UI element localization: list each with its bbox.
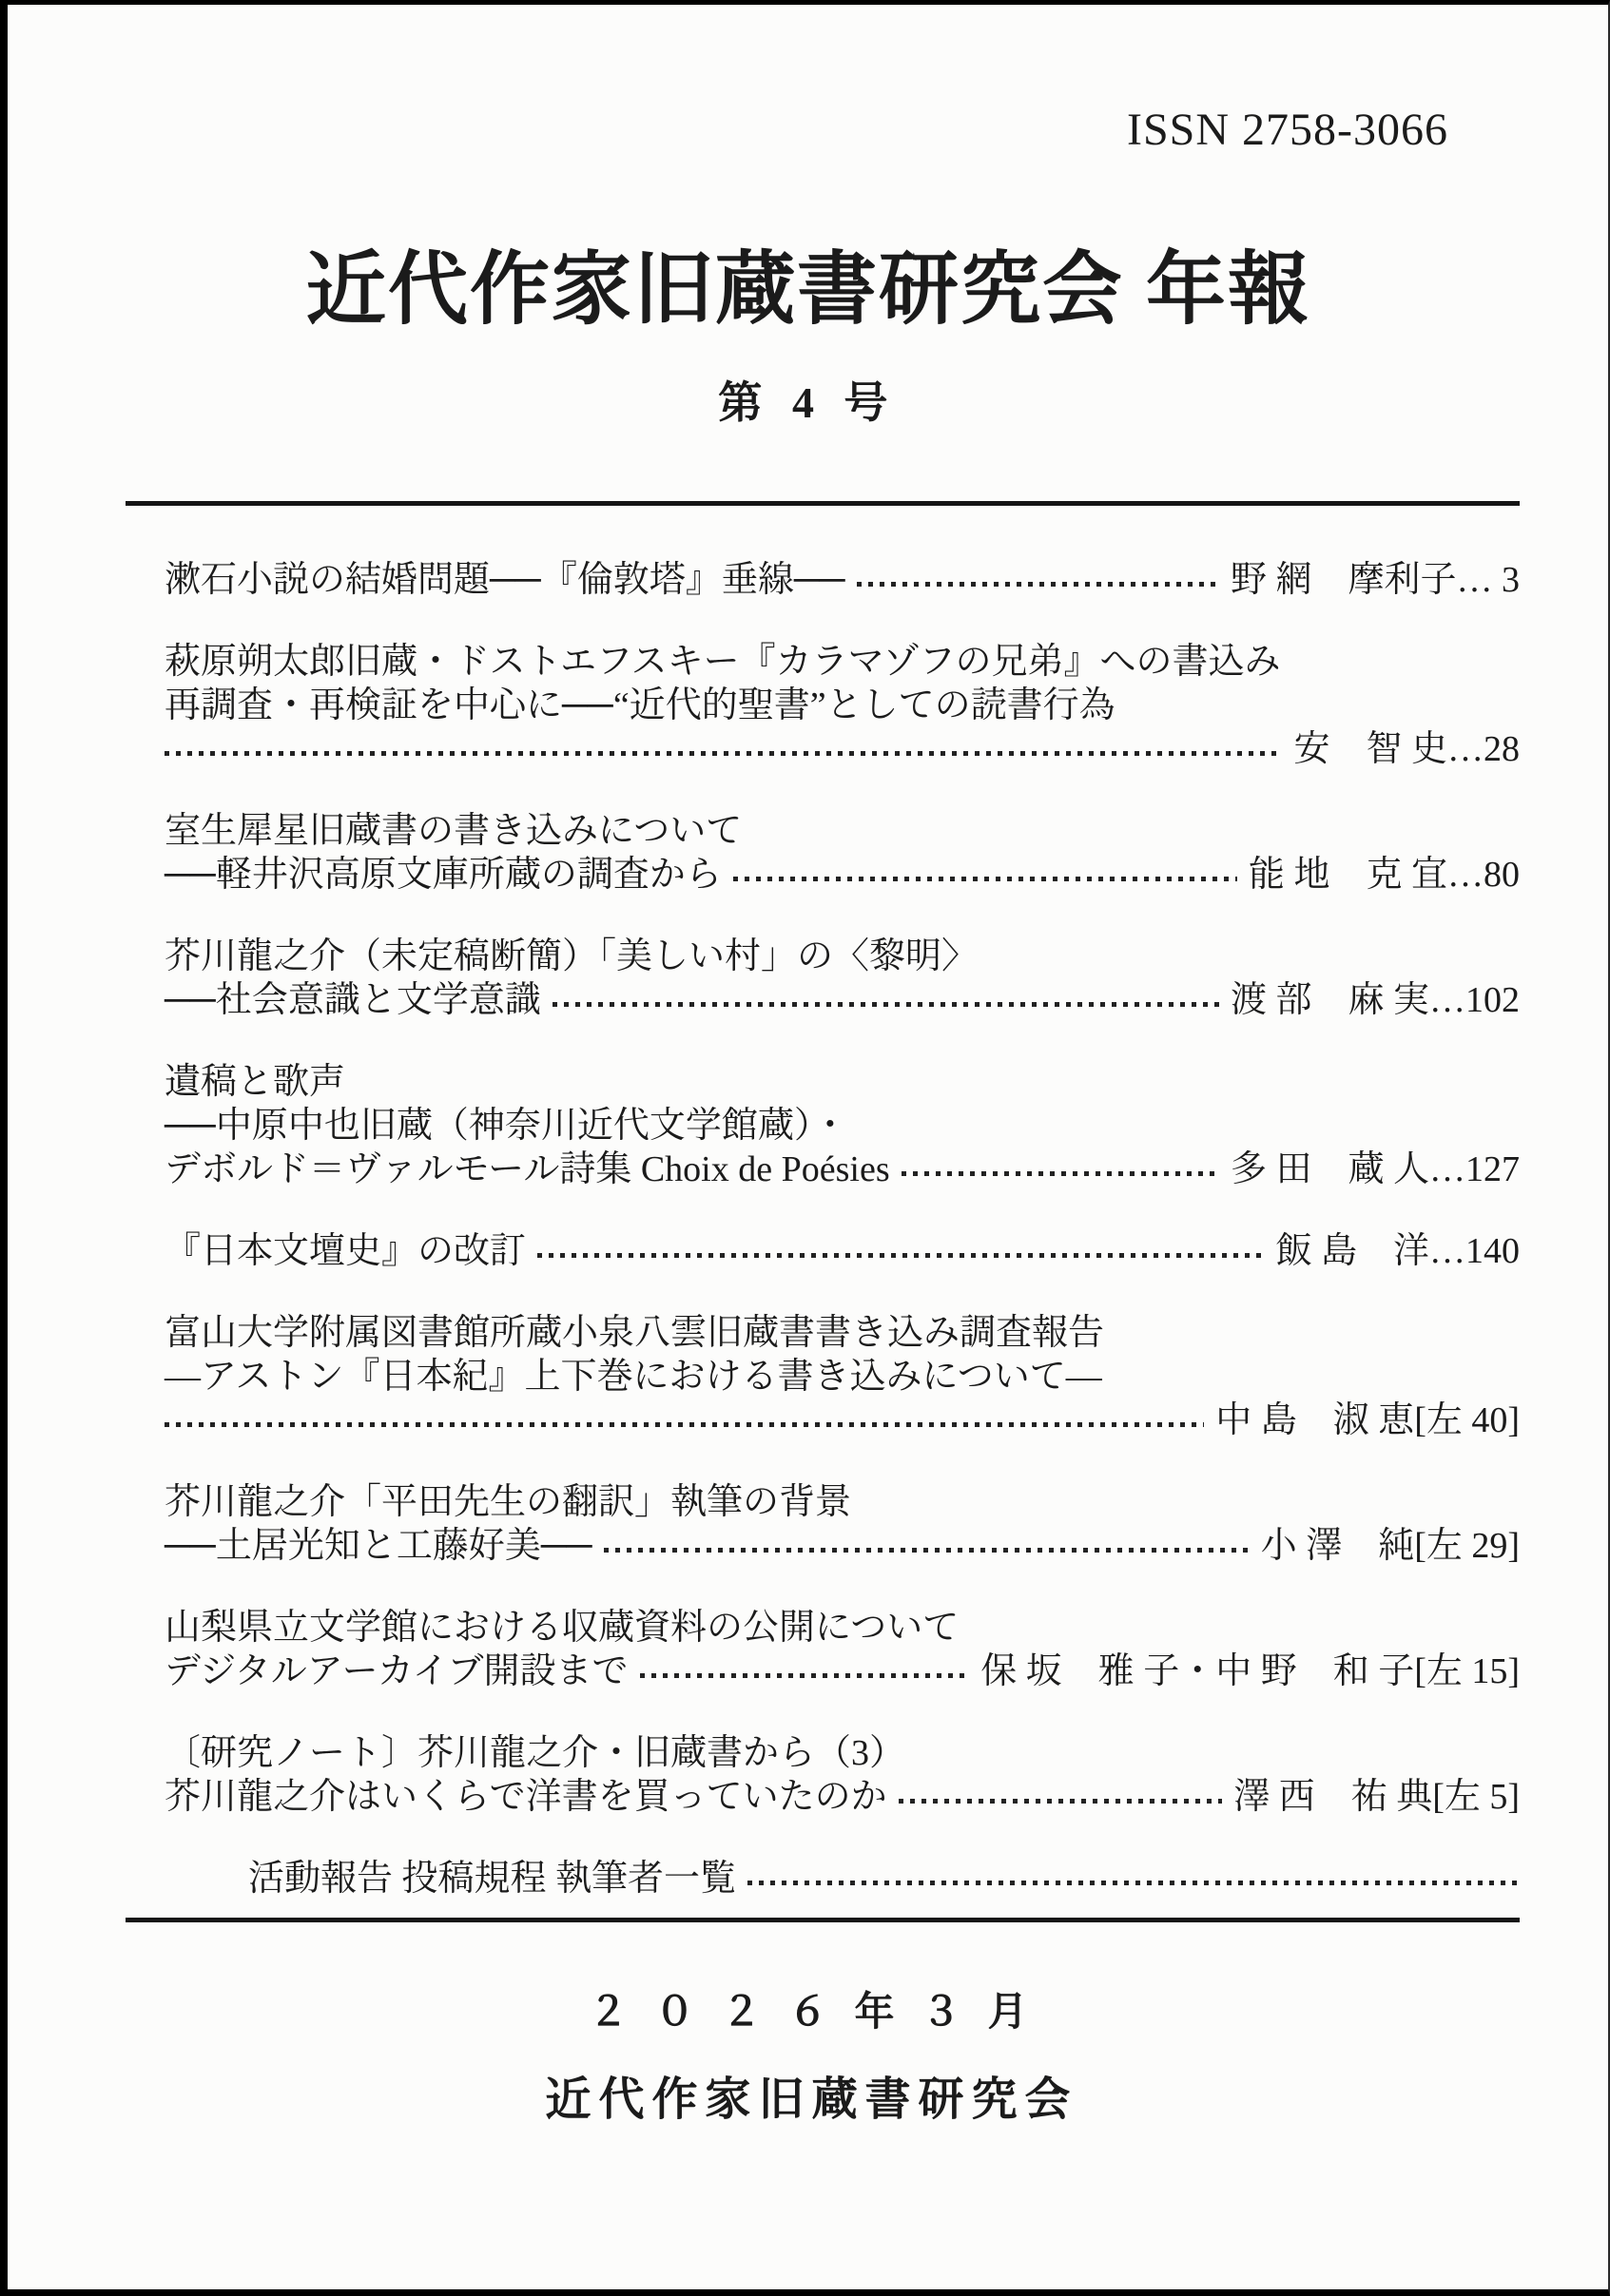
dot-leader xyxy=(604,1524,1250,1568)
backmatter-title: 活動報告 投稿規程 執筆者一覧 xyxy=(248,1857,736,1900)
toc-line: 萩原朔太郎旧蔵・ドストエフスキー『カラマゾフの兄弟』への書込み xyxy=(165,640,1520,684)
toc-entry: 山梨県立文学館における収蔵資料の公開について デジタルアーカイブ開設まで 保 坂… xyxy=(165,1606,1520,1693)
toc-line: デボルド＝ヴァルモール詩集 Choix de Poésies 多 田 蔵 人…1… xyxy=(165,1148,1520,1191)
toc-entry: 漱石小説の結婚問題──『倫敦塔』垂線── 野 網 摩利子… 3 xyxy=(165,558,1520,602)
toc-line: 再調査・再検証を中心に──“近代的聖書”としての読書行為 xyxy=(165,684,1520,727)
article-subtitle: —アストン『日本紀』上下巻における書き込みについて— xyxy=(165,1355,1102,1399)
article-subtitle: 芥川龍之介はいくらで洋書を買っていたのか xyxy=(165,1775,887,1819)
article-title: 漱石小説の結婚問題──『倫敦塔』垂線── xyxy=(165,558,845,602)
article-title: 室生犀星旧蔵書の書き込みについて xyxy=(165,809,742,853)
toc-line: 芥川龍之介（未定稿断簡）「美しい村」の〈黎明〉 xyxy=(165,935,1520,978)
article-title: 富山大学附属図書館所蔵小泉八雲旧蔵書書き込み調査報告 xyxy=(165,1311,1104,1355)
dot-leader xyxy=(640,1650,970,1693)
dot-leader xyxy=(902,1148,1219,1191)
bottom-divider xyxy=(126,1918,1520,1922)
toc-entry: 遺稿と歌声 ──中原中也旧蔵（神奈川近代文学館蔵）・ デボルド＝ヴァルモール詩集… xyxy=(165,1060,1520,1191)
article-author-page: 多 田 蔵 人…127 xyxy=(1231,1148,1520,1191)
toc-line: 室生犀星旧蔵書の書き込みについて xyxy=(165,809,1520,853)
toc-entry: 富山大学附属図書館所蔵小泉八雲旧蔵書書き込み調査報告 —アストン『日本紀』上下巻… xyxy=(165,1311,1520,1442)
dot-leader xyxy=(733,853,1237,897)
article-title: 萩原朔太郎旧蔵・ドストエフスキー『カラマゾフの兄弟』への書込み xyxy=(165,640,1280,684)
toc-line: 安 智 史…28 xyxy=(165,727,1520,771)
dot-leader xyxy=(537,1229,1264,1273)
article-title: 芥川龍之介（未定稿断簡）「美しい村」の〈黎明〉 xyxy=(165,935,978,978)
article-author-page: 野 網 摩利子… 3 xyxy=(1231,558,1520,602)
issn-number: ISSN 2758-3066 xyxy=(1127,104,1448,156)
toc-entry: 室生犀星旧蔵書の書き込みについて ──軽井沢高原文庫所蔵の調査から 能 地 克 … xyxy=(165,809,1520,897)
dot-leader xyxy=(553,978,1219,1022)
toc-line: 山梨県立文学館における収蔵資料の公開について xyxy=(165,1606,1520,1650)
article-author-page: 能 地 克 宜…80 xyxy=(1249,853,1520,897)
article-subtitle: ──土居光知と工藤好美── xyxy=(165,1524,592,1568)
article-subtitle: ──社会意識と文学意識 xyxy=(165,978,541,1022)
dot-leader xyxy=(857,558,1219,602)
article-subtitle: デボルド＝ヴァルモール詩集 Choix de Poésies xyxy=(165,1148,890,1191)
article-subtitle: ──軽井沢高原文庫所蔵の調査から xyxy=(165,853,722,897)
journal-toc-page: ISSN 2758-3066 近代作家旧蔵書研究会 年報 第 4 号 漱石小説の… xyxy=(0,0,1610,2296)
dot-leader xyxy=(899,1775,1223,1819)
article-title: 山梨県立文学館における収蔵資料の公開について xyxy=(165,1606,959,1650)
dot-leader xyxy=(165,727,1282,771)
issue-number: 第 4 号 xyxy=(8,368,1608,431)
toc-line: デジタルアーカイブ開設まで 保 坂 雅 子・中 野 和 子[左 15] xyxy=(165,1650,1520,1693)
toc-line: ──中原中也旧蔵（神奈川近代文学館蔵）・ xyxy=(165,1104,1520,1148)
toc-line: 中 島 淑 恵[左 40] xyxy=(165,1399,1520,1442)
article-author-page: 澤 西 祐 典[左 5] xyxy=(1233,1775,1520,1819)
article-author-page: 安 智 史…28 xyxy=(1293,727,1520,771)
toc-entry: 芥川龍之介（未定稿断簡）「美しい村」の〈黎明〉 ──社会意識と文学意識 渡 部 … xyxy=(165,935,1520,1022)
journal-title: 近代作家旧蔵書研究会 年報 xyxy=(8,225,1608,340)
article-author-page: 飯 島 洋…140 xyxy=(1275,1229,1520,1273)
article-author-page: 渡 部 麻 実…102 xyxy=(1231,978,1520,1022)
article-author-page: 小 澤 純[左 29] xyxy=(1261,1524,1520,1568)
article-author-page: 中 島 淑 恵[左 40] xyxy=(1215,1399,1520,1442)
toc-line: 芥川龍之介はいくらで洋書を買っていたのか 澤 西 祐 典[左 5] xyxy=(165,1775,1520,1819)
publication-date: ２０２６年３月 xyxy=(8,1980,1608,2037)
toc-entry: 『日本文壇史』の改訂 飯 島 洋…140 xyxy=(165,1229,1520,1273)
toc-line: 富山大学附属図書館所蔵小泉八雲旧蔵書書き込み調査報告 xyxy=(165,1311,1520,1355)
dot-leader xyxy=(165,1399,1204,1442)
toc-line: —アストン『日本紀』上下巻における書き込みについて— xyxy=(165,1355,1520,1399)
toc-line: 活動報告 投稿規程 執筆者一覧 xyxy=(165,1857,1520,1900)
toc-line: 〔研究ノート〕芥川龍之介・旧蔵書から（3） xyxy=(165,1731,1520,1775)
toc-line: ──社会意識と文学意識 渡 部 麻 実…102 xyxy=(165,978,1520,1022)
article-subtitle: デジタルアーカイブ開設まで xyxy=(165,1650,629,1693)
article-subtitle: ──中原中也旧蔵（神奈川近代文学館蔵）・ xyxy=(165,1104,848,1148)
article-title: 『日本文壇史』の改訂 xyxy=(165,1229,526,1273)
article-subtitle: 再調査・再検証を中心に──“近代的聖書”としての読書行為 xyxy=(165,684,1115,727)
toc-entry: 〔研究ノート〕芥川龍之介・旧蔵書から（3） 芥川龍之介はいくらで洋書を買っていた… xyxy=(165,1731,1520,1819)
article-title: 遺稿と歌声 xyxy=(165,1060,345,1104)
toc-line: 遺稿と歌声 xyxy=(165,1060,1520,1104)
toc-entry: 萩原朔太郎旧蔵・ドストエフスキー『カラマゾフの兄弟』への書込み 再調査・再検証を… xyxy=(165,640,1520,771)
toc-line: 漱石小説の結婚問題──『倫敦塔』垂線── 野 網 摩利子… 3 xyxy=(165,558,1520,602)
toc-entry: 芥川龍之介「平田先生の翻訳」執筆の背景 ──土居光知と工藤好美── 小 澤 純[… xyxy=(165,1480,1520,1568)
table-of-contents: 漱石小説の結婚問題──『倫敦塔』垂線── 野 網 摩利子… 3 萩原朔太郎旧蔵・… xyxy=(165,558,1520,1939)
toc-entry-backmatter: 活動報告 投稿規程 執筆者一覧 xyxy=(165,1857,1520,1900)
toc-line: 芥川龍之介「平田先生の翻訳」執筆の背景 xyxy=(165,1480,1520,1524)
article-author-page: 保 坂 雅 子・中 野 和 子[左 15] xyxy=(980,1650,1520,1693)
toc-line: ──軽井沢高原文庫所蔵の調査から 能 地 克 宜…80 xyxy=(165,853,1520,897)
article-title: 〔研究ノート〕芥川龍之介・旧蔵書から（3） xyxy=(165,1731,905,1775)
toc-line: 『日本文壇史』の改訂 飯 島 洋…140 xyxy=(165,1229,1520,1273)
publisher-name: 近代作家旧蔵書研究会 xyxy=(8,2062,1608,2128)
toc-line: ──土居光知と工藤好美── 小 澤 純[左 29] xyxy=(165,1524,1520,1568)
top-divider xyxy=(126,501,1520,506)
dot-leader xyxy=(747,1857,1520,1900)
article-title: 芥川龍之介「平田先生の翻訳」執筆の背景 xyxy=(165,1480,851,1524)
